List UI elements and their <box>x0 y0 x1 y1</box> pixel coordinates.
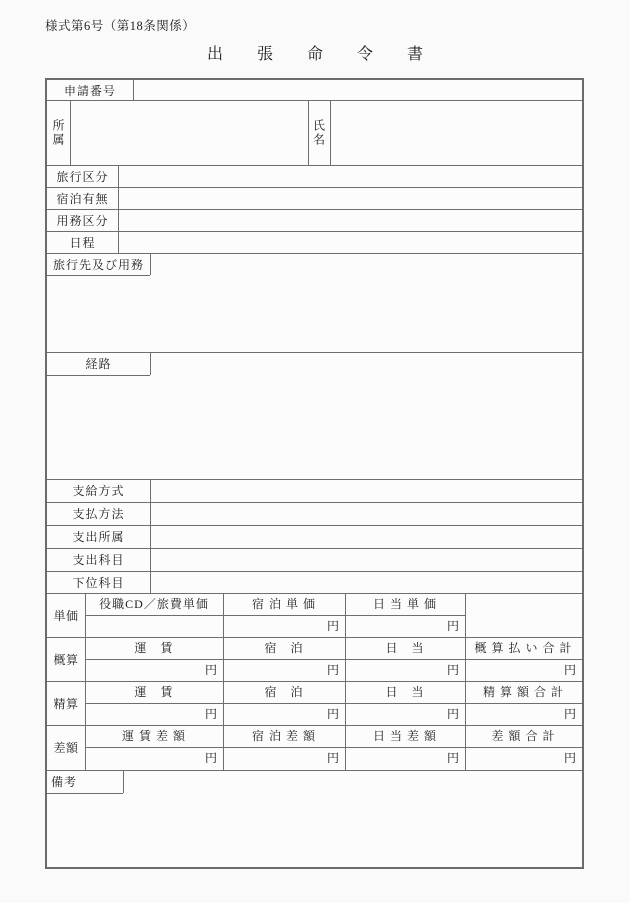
travel-category-label: 旅行区分 <box>47 165 118 187</box>
grid-line <box>47 375 150 376</box>
schedule-value[interactable] <box>118 231 582 253</box>
estimate-group-label: 概算 <box>47 637 85 681</box>
application-number-value[interactable] <box>133 80 582 100</box>
sub-item-label: 下位科目 <box>47 571 150 593</box>
remarks-label: 備考 <box>47 770 123 793</box>
difference-total-value[interactable]: 円 <box>465 747 582 769</box>
unit-price-lodging-header: 宿 泊 単 価 <box>223 593 345 615</box>
expense-item-value[interactable] <box>150 548 582 571</box>
unit-price-daily-header: 日 当 単 価 <box>345 593 465 615</box>
settlement-fare-value[interactable]: 円 <box>85 703 223 725</box>
business-trip-order-form-page: 様式第6号（第18条関係） 出張命令書 <box>0 0 630 903</box>
unit-price-blank-cell <box>465 593 582 637</box>
difference-fare-header: 運 賃 差 額 <box>85 725 223 747</box>
estimate-total-header: 概 算 払 い 合 計 <box>465 637 582 659</box>
estimate-daily-header: 日 当 <box>345 637 465 659</box>
payment-method-label: 支払方法 <box>47 502 150 525</box>
unit-price-group-label: 単価 <box>47 593 85 637</box>
estimate-total-value[interactable]: 円 <box>465 659 582 681</box>
unit-price-role-value[interactable] <box>85 615 223 637</box>
form-title: 出張命令書 <box>207 41 457 64</box>
lodging-label: 宿泊有無 <box>47 187 118 209</box>
difference-daily-header: 日 当 差 額 <box>345 725 465 747</box>
estimate-lodging-header: 宿 泊 <box>223 637 345 659</box>
remarks-value[interactable] <box>47 794 582 867</box>
settlement-fare-header: 運 賃 <box>85 681 223 703</box>
settlement-daily-header: 日 当 <box>345 681 465 703</box>
route-label: 経路 <box>47 352 150 375</box>
lodging-value[interactable] <box>118 187 582 209</box>
settlement-total-value[interactable]: 円 <box>465 703 582 725</box>
difference-group-label: 差額 <box>47 725 85 770</box>
schedule-label: 日程 <box>47 231 118 253</box>
application-number-label: 申請番号 <box>47 80 133 100</box>
settlement-total-header: 精 算 額 合 計 <box>465 681 582 703</box>
payment-method-value[interactable] <box>150 502 582 525</box>
travel-category-value[interactable] <box>118 165 582 187</box>
name-value[interactable] <box>330 100 582 165</box>
settlement-group-label: 精算 <box>47 681 85 725</box>
destination-duty-label: 旅行先及び用務 <box>47 253 150 275</box>
payment-scheme-value[interactable] <box>150 479 582 502</box>
affiliation-value[interactable] <box>70 100 308 165</box>
estimate-fare-value[interactable]: 円 <box>85 659 223 681</box>
difference-fare-value[interactable]: 円 <box>85 747 223 769</box>
estimate-lodging-value[interactable]: 円 <box>223 659 345 681</box>
difference-lodging-header: 宿 泊 差 額 <box>223 725 345 747</box>
affiliation-label: 所属 <box>47 100 70 165</box>
settlement-lodging-header: 宿 泊 <box>223 681 345 703</box>
expense-item-label: 支出科目 <box>47 548 150 571</box>
expense-affiliation-value[interactable] <box>150 525 582 548</box>
payment-scheme-label: 支給方式 <box>47 479 150 502</box>
difference-daily-value[interactable]: 円 <box>345 747 465 769</box>
duty-category-label: 用務区分 <box>47 209 118 231</box>
grid-line <box>123 770 124 793</box>
unit-price-role-header: 役職CD／旅費単価 <box>85 593 223 615</box>
expense-affiliation-label: 支出所属 <box>47 525 150 548</box>
duty-category-value[interactable] <box>118 209 582 231</box>
difference-lodging-value[interactable]: 円 <box>223 747 345 769</box>
destination-duty-value[interactable] <box>151 254 582 351</box>
sub-item-value[interactable] <box>150 571 582 593</box>
name-label: 氏名 <box>308 100 330 165</box>
unit-price-daily-value[interactable]: 円 <box>345 615 465 637</box>
route-value[interactable] <box>151 353 582 478</box>
estimate-daily-value[interactable]: 円 <box>345 659 465 681</box>
difference-total-header: 差 額 合 計 <box>465 725 582 747</box>
settlement-lodging-value[interactable]: 円 <box>223 703 345 725</box>
settlement-daily-value[interactable]: 円 <box>345 703 465 725</box>
form-number-note: 様式第6号（第18条関係） <box>45 16 195 34</box>
form-table: 申請番号 所属 氏名 旅行区分 宿泊有無 用務区分 日程 旅行先及び用務 経路 … <box>45 78 584 869</box>
unit-price-lodging-value[interactable]: 円 <box>223 615 345 637</box>
grid-line <box>47 770 582 771</box>
grid-line <box>47 275 150 276</box>
estimate-fare-header: 運 賃 <box>85 637 223 659</box>
